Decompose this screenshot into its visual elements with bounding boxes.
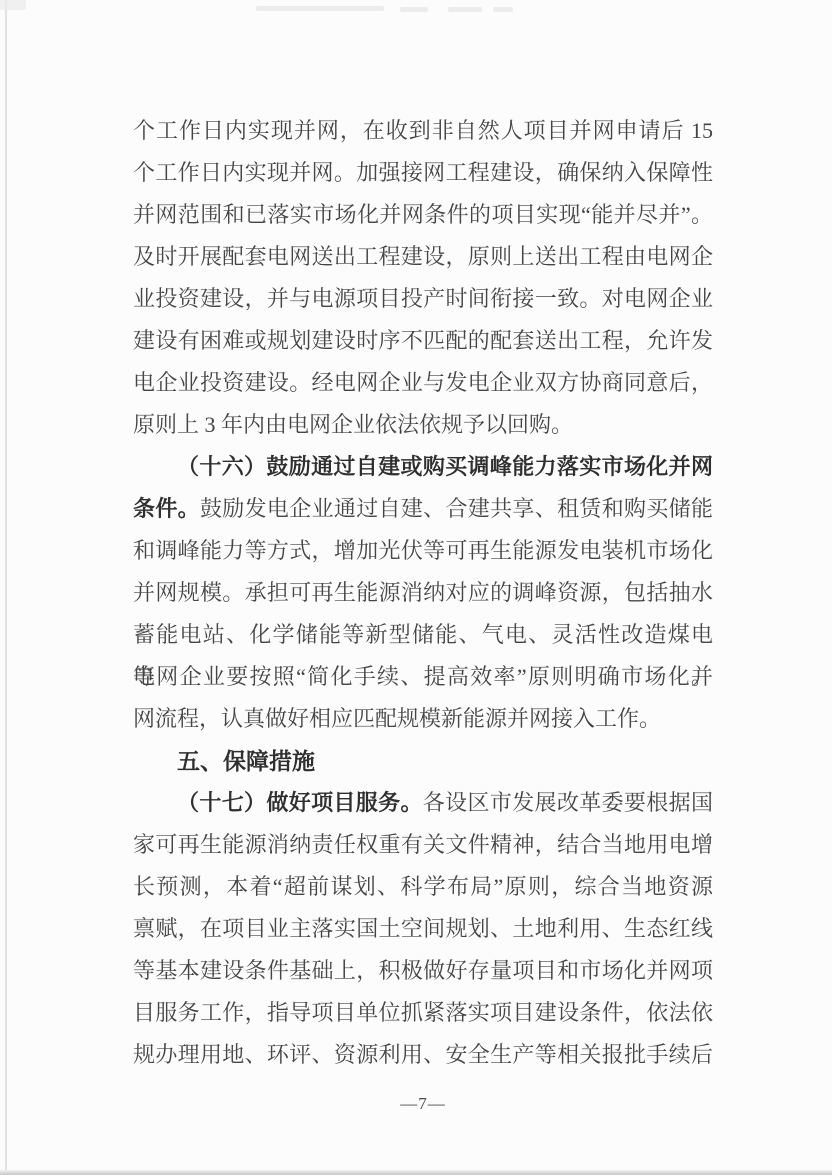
text-segment: 长预测，本着“超前谋划、科学布局”原则，综合当地资源 xyxy=(133,874,713,899)
text-segment: 及时开展配套电网送出工程建设，原则上送出工程由电网企 xyxy=(133,244,713,269)
text-line: 条件。鼓励发电企业通过自建、合建共享、租赁和购买储能 xyxy=(133,488,713,530)
text-segment: 等基本建设条件基础上，积极做好存量项目和市场化并网项 xyxy=(133,958,713,983)
section-heading: 五、保障措施 xyxy=(133,740,713,782)
text-segment: 网流程，认真做好相应匹配规模新能源并网接入工作。 xyxy=(133,706,661,731)
text-line: （十六）鼓励通过自建或购买调峰能力落实市场化并网 xyxy=(133,446,713,488)
text-segment: 电网企业要按照“简化手续、提高效率”原则明确市场化并 xyxy=(133,664,713,689)
text-line: 禀赋，在项目业主落实国土空间规划、土地利用、生态红线 xyxy=(133,908,713,950)
text-line: 及时开展配套电网送出工程建设，原则上送出工程由电网企 xyxy=(133,236,713,278)
text-line: 个工作日内实现并网。加强接网工程建设，确保纳入保障性 xyxy=(133,152,713,194)
text-segment-emphasis: 条件。 xyxy=(133,496,200,521)
page-number: —7— xyxy=(133,1094,713,1114)
text-line: 家可再生能源消纳责任权重有关文件精神，结合当地用电增 xyxy=(133,824,713,866)
text-line: 规办理用地、环评、资源利用、安全生产等相关报批手续后 xyxy=(133,1034,713,1076)
scan-smudge xyxy=(400,7,428,12)
text-segment: 和调峰能力等方式，增加光伏等可再生能源发电装机市场化 xyxy=(133,538,713,563)
text-line: 个工作日内实现并网，在收到非自然人项目并网申请后 15 xyxy=(133,110,713,152)
text-segment: 建设有困难或规划建设时序不匹配的配套送出工程，允许发 xyxy=(133,328,713,353)
text-segment: 禀赋，在项目业主落实国土空间规划、土地利用、生态红线 xyxy=(133,916,713,941)
scan-smudge xyxy=(0,0,26,10)
text-line: 和调峰能力等方式，增加光伏等可再生能源发电装机市场化 xyxy=(133,530,713,572)
text-segment-emphasis: 五、保障措施 xyxy=(177,748,315,774)
text-line: 建设有困难或规划建设时序不匹配的配套送出工程，允许发 xyxy=(133,320,713,362)
document-page: 个工作日内实现并网，在收到非自然人项目并网申请后 15个工作日内实现并网。加强接… xyxy=(0,0,832,1175)
text-line: 电网企业要按照“简化手续、提高效率”原则明确市场化并 xyxy=(133,656,713,698)
text-segment: 家可再生能源消纳责任权重有关文件精神，结合当地用电增 xyxy=(133,832,713,857)
text-line: 业投资建设，并与电源项目投产时间衔接一致。对电网企业 xyxy=(133,278,713,320)
text-line: 并网范围和已落实市场化并网条件的项目实现“能并尽并”。 xyxy=(133,194,713,236)
scan-edge-bottom xyxy=(0,1170,832,1175)
text-segment: 原则上 3 年内由电网企业依法依规予以回购。 xyxy=(133,412,573,437)
text-segment: 规办理用地、环评、资源利用、安全生产等相关报批手续后 xyxy=(133,1042,713,1067)
text-line: 长预测，本着“超前谋划、科学布局”原则，综合当地资源 xyxy=(133,866,713,908)
document-text-block: 个工作日内实现并网，在收到非自然人项目并网申请后 15个工作日内实现并网。加强接… xyxy=(133,110,713,1076)
text-line: 蓄能电站、化学储能等新型储能、气电、灵活性改造煤电等。 xyxy=(133,614,713,656)
text-line: （十七）做好项目服务。各设区市发展改革委要根据国 xyxy=(133,782,713,824)
text-line: 并网规模。承担可再生能源消纳对应的调峰资源，包括抽水 xyxy=(133,572,713,614)
text-segment-emphasis: （十七）做好项目服务。 xyxy=(177,790,423,815)
text-segment: 电企业投资建设。经电网企业与发电企业双方协商同意后， xyxy=(133,370,713,395)
text-segment: 鼓励发电企业通过自建、合建共享、租赁和购买储能 xyxy=(200,496,713,521)
text-line: 电企业投资建设。经电网企业与发电企业双方协商同意后， xyxy=(133,362,713,404)
text-segment: 业投资建设，并与电源项目投产时间衔接一致。对电网企业 xyxy=(133,286,713,311)
text-segment: 个工作日内实现并网。加强接网工程建设，确保纳入保障性 xyxy=(133,160,713,185)
text-segment: 目服务工作，指导项目单位抓紧落实项目建设条件，依法依 xyxy=(133,1000,713,1025)
text-line: 网流程，认真做好相应匹配规模新能源并网接入工作。 xyxy=(133,698,713,740)
text-line: 原则上 3 年内由电网企业依法依规予以回购。 xyxy=(133,404,713,446)
text-line: 等基本建设条件基础上，积极做好存量项目和市场化并网项 xyxy=(133,950,713,992)
text-segment-emphasis: （十六）鼓励通过自建或购买调峰能力落实市场化并网 xyxy=(177,454,713,479)
text-segment: 个工作日内实现并网，在收到非自然人项目并网申请后 15 xyxy=(133,118,713,143)
text-line: 目服务工作，指导项目单位抓紧落实项目建设条件，依法依 xyxy=(133,992,713,1034)
text-segment: 各设区市发展改革委要根据国 xyxy=(423,790,713,815)
text-segment: 并网规模。承担可再生能源消纳对应的调峰资源，包括抽水 xyxy=(133,580,713,605)
scan-smudge xyxy=(493,7,513,12)
text-segment: 并网范围和已落实市场化并网条件的项目实现“能并尽并”。 xyxy=(133,202,713,227)
scan-smudge xyxy=(256,6,384,11)
scan-smudge xyxy=(448,7,482,12)
scan-edge-left xyxy=(5,0,7,1175)
